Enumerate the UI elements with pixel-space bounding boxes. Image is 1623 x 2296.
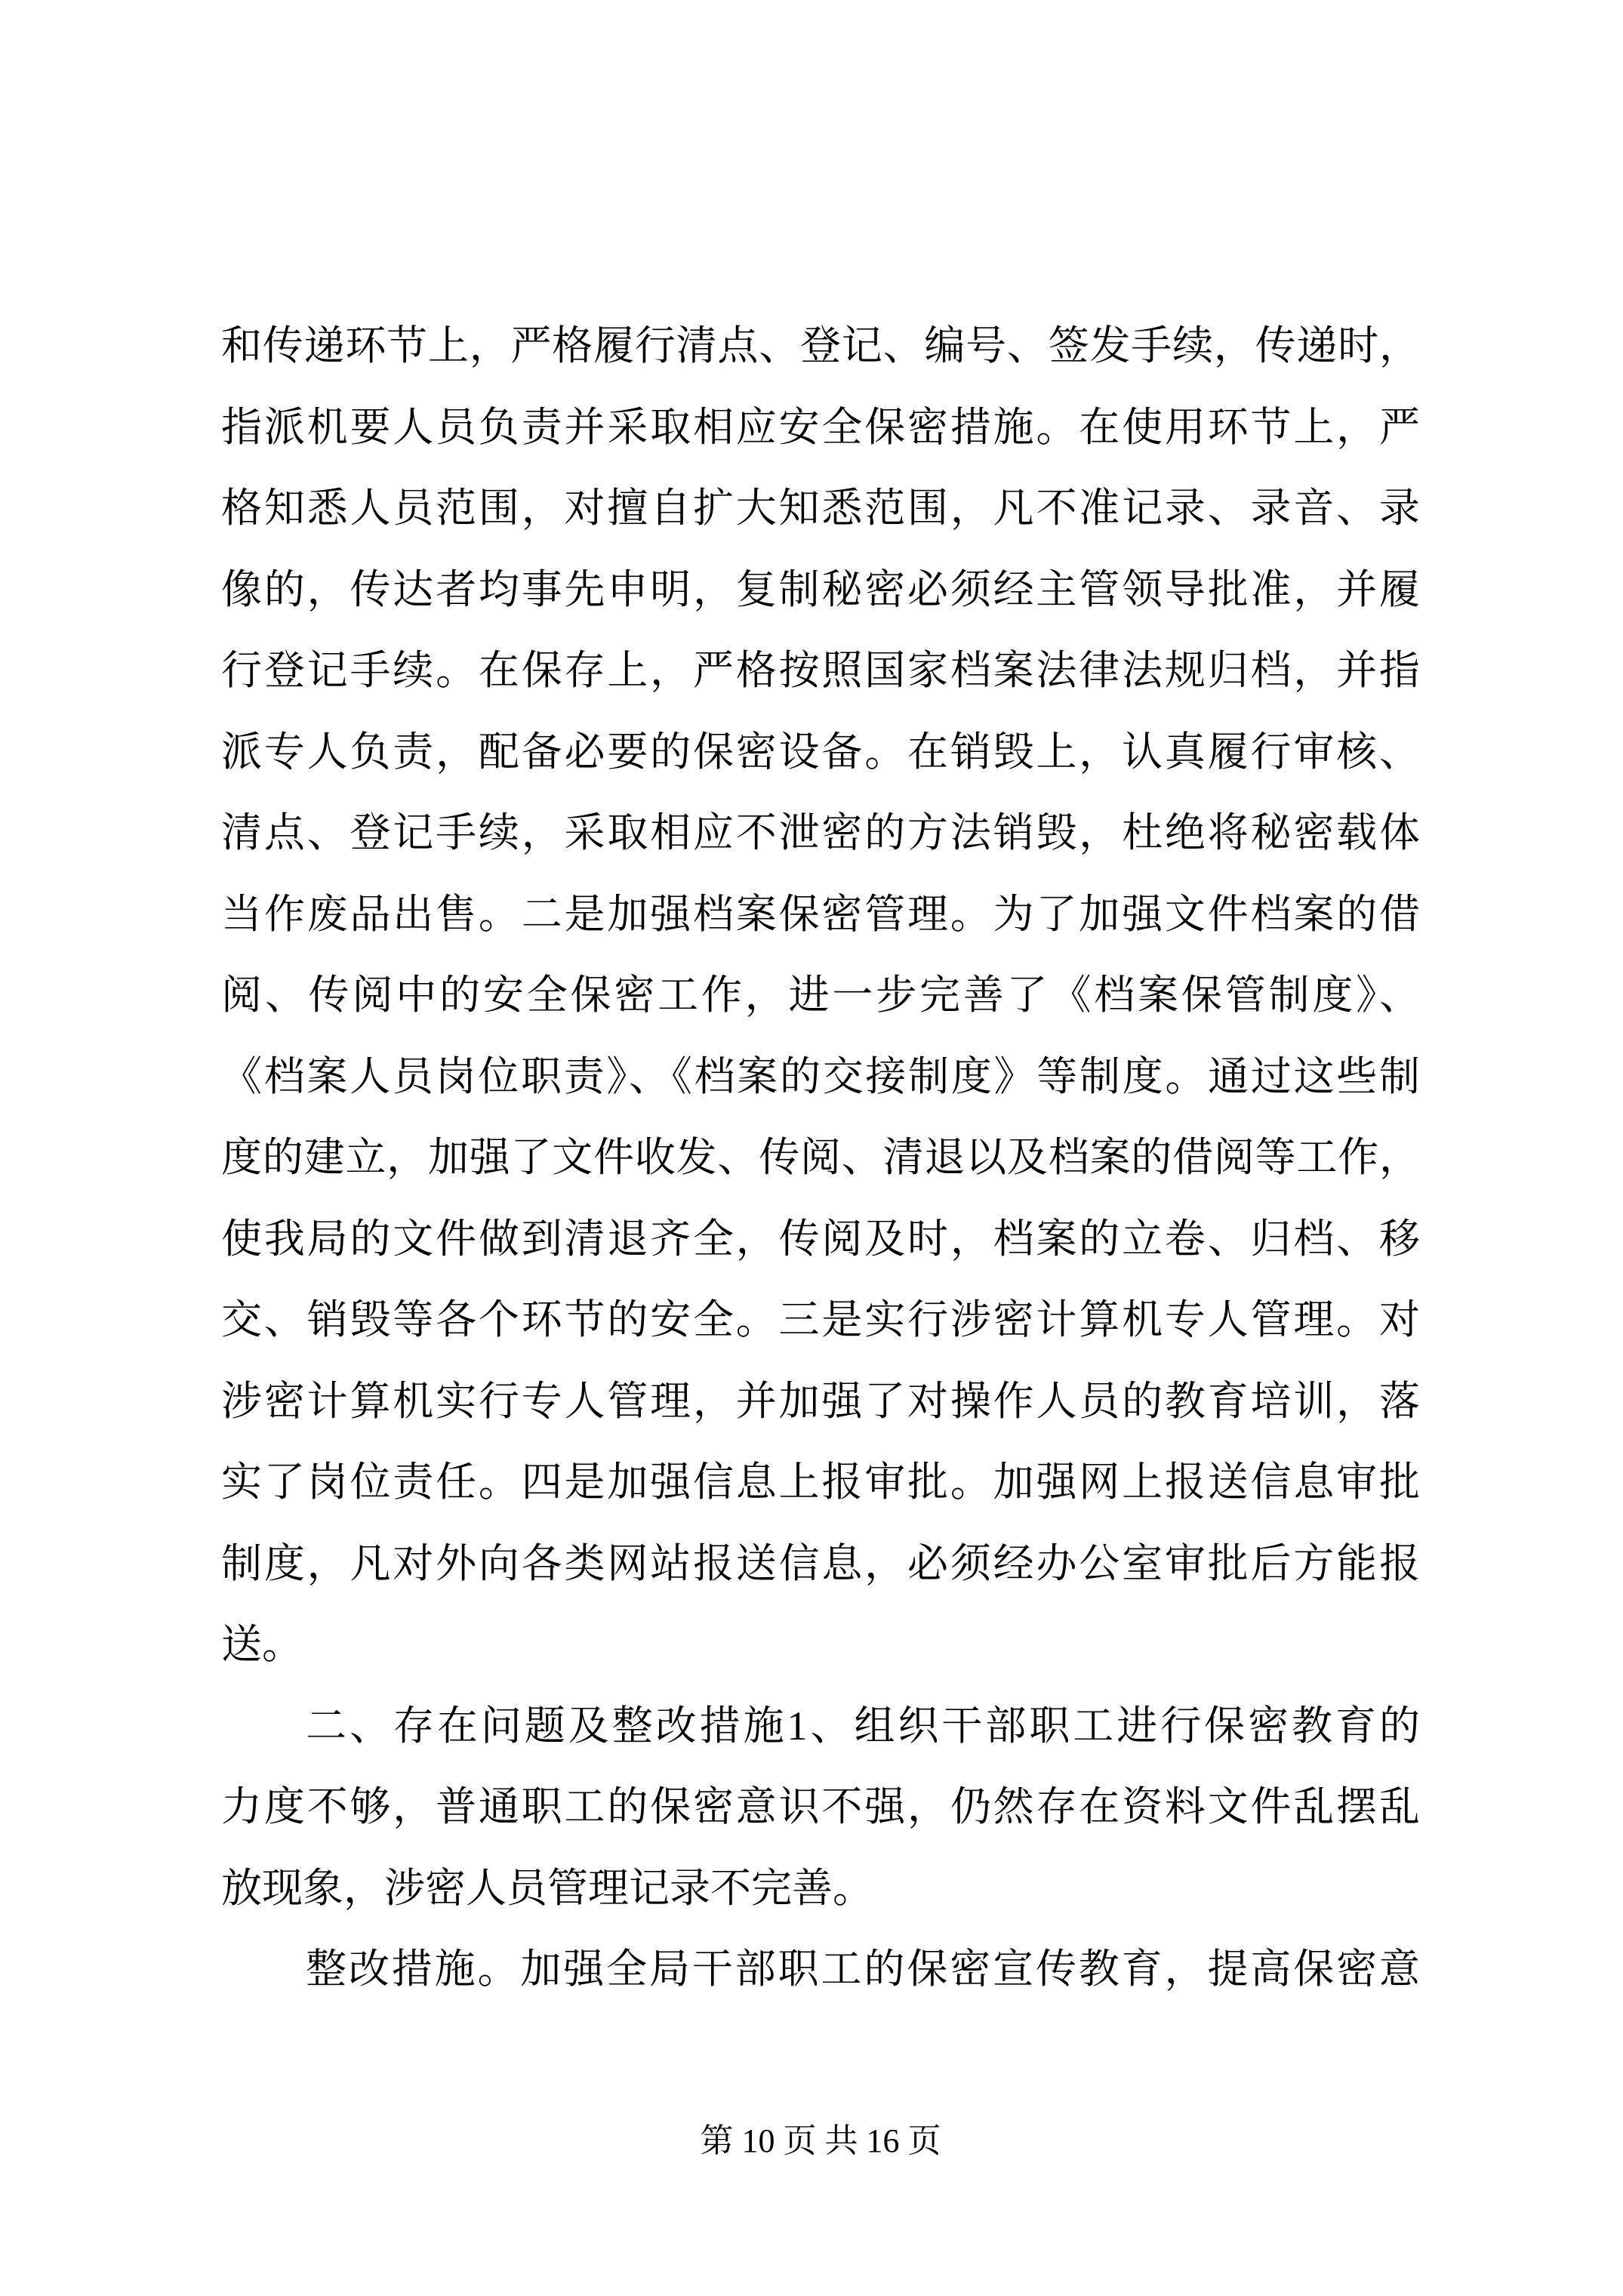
text-line: 像的，传达者均事先申明，复制秘密必须经主管领导批准，并履: [221, 550, 1420, 631]
text-line-paragraph-end: 送。: [221, 1604, 1420, 1686]
text-line: 使我局的文件做到清退齐全，传阅及时，档案的立卷、归档、移: [221, 1199, 1420, 1281]
text-line: 清点、登记手续，采取相应不泄密的方法销毁，杜绝将秘密载体: [221, 793, 1420, 874]
text-line: 行登记手续。在保存上，严格按照国家档案法律法规归档，并指: [221, 630, 1420, 712]
text-line: 整改措施。加强全局干部职工的保密宣传教育，提高保密意: [221, 1929, 1420, 2011]
text-line: 涉密计算机实行专人管理，并加强了对操作人员的教育培训，落: [221, 1361, 1420, 1443]
text-line: 派专人负责，配备必要的保密设备。在销毁上，认真履行审核、: [221, 712, 1420, 794]
text-line: 和传递环节上，严格履行清点、登记、编号、签发手续，传递时，: [221, 306, 1420, 387]
text-line: 指派机要人员负责并采取相应安全保密措施。在使用环节上，严: [221, 387, 1420, 469]
text-line: 度的建立，加强了文件收发、传阅、清退以及档案的借阅等工作，: [221, 1117, 1420, 1199]
text-line-section-heading: 二、存在问题及整改措施1、组织干部职工进行保密教育的: [221, 1686, 1420, 1767]
text-line-paragraph-end: 放现象，涉密人员管理记录不完善。: [221, 1848, 1420, 1930]
page-number-footer: 第 10 页 共 16 页: [221, 2120, 1420, 2162]
text-line: 力度不够，普通职工的保密意识不强，仍然存在资料文件乱摆乱: [221, 1767, 1420, 1848]
text-line: 实了岗位责任。四是加强信息上报审批。加强网上报送信息审批: [221, 1442, 1420, 1524]
text-line: 格知悉人员范围，对擅自扩大知悉范围，凡不准记录、录音、录: [221, 468, 1420, 550]
text-line: 阅、传阅中的安全保密工作，进一步完善了《档案保管制度》、: [221, 955, 1420, 1037]
text-line: 制度，凡对外向各类网站报送信息，必须经办公室审批后方能报: [221, 1524, 1420, 1605]
text-line: 《档案人员岗位职责》、《档案的交接制度》等制度。通过这些制: [221, 1037, 1420, 1118]
text-line: 当作废品出售。二是加强档案保密管理。为了加强文件档案的借: [221, 874, 1420, 956]
document-body: 和传递环节上，严格履行清点、登记、编号、签发手续，传递时， 指派机要人员负责并采…: [221, 306, 1420, 2011]
document-page: 和传递环节上，严格履行清点、登记、编号、签发手续，传递时， 指派机要人员负责并采…: [0, 0, 1623, 2296]
text-line: 交、销毁等各个环节的安全。三是实行涉密计算机专人管理。对: [221, 1280, 1420, 1361]
